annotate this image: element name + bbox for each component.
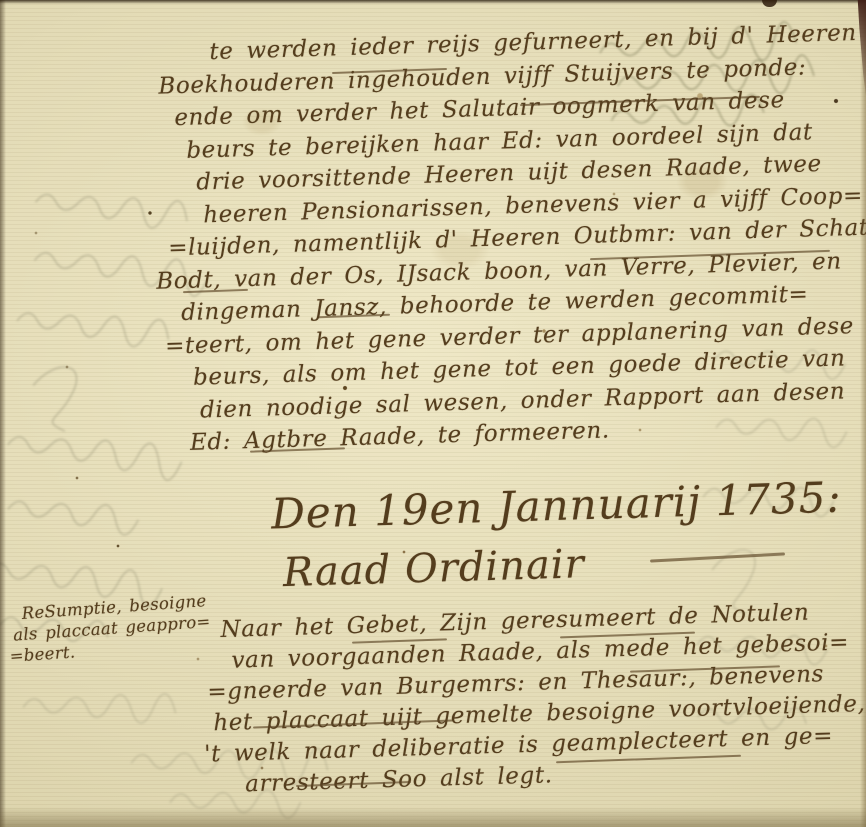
session-heading: Raad Ordinair — [282, 529, 866, 599]
manuscript-page: ReSumptie, besoigne als placcaat geappro… — [0, 0, 866, 827]
page-edge-top — [0, 0, 866, 4]
top-edge-ink-blot — [762, 0, 777, 7]
page-edge-left — [0, 0, 6, 827]
page-edge-bottom — [0, 807, 866, 827]
paragraph-2: Naar het Gebet, Zijn geresumeert de Notu… — [162, 595, 866, 802]
manuscript-text-block: te werden ieder reijs gefurneert, en bij… — [145, 17, 866, 803]
date-heading: Den 19en Jannuarij 1735: — [270, 469, 866, 541]
paragraph-1: te werden ieder reijs gefurneert, en bij… — [145, 17, 866, 461]
